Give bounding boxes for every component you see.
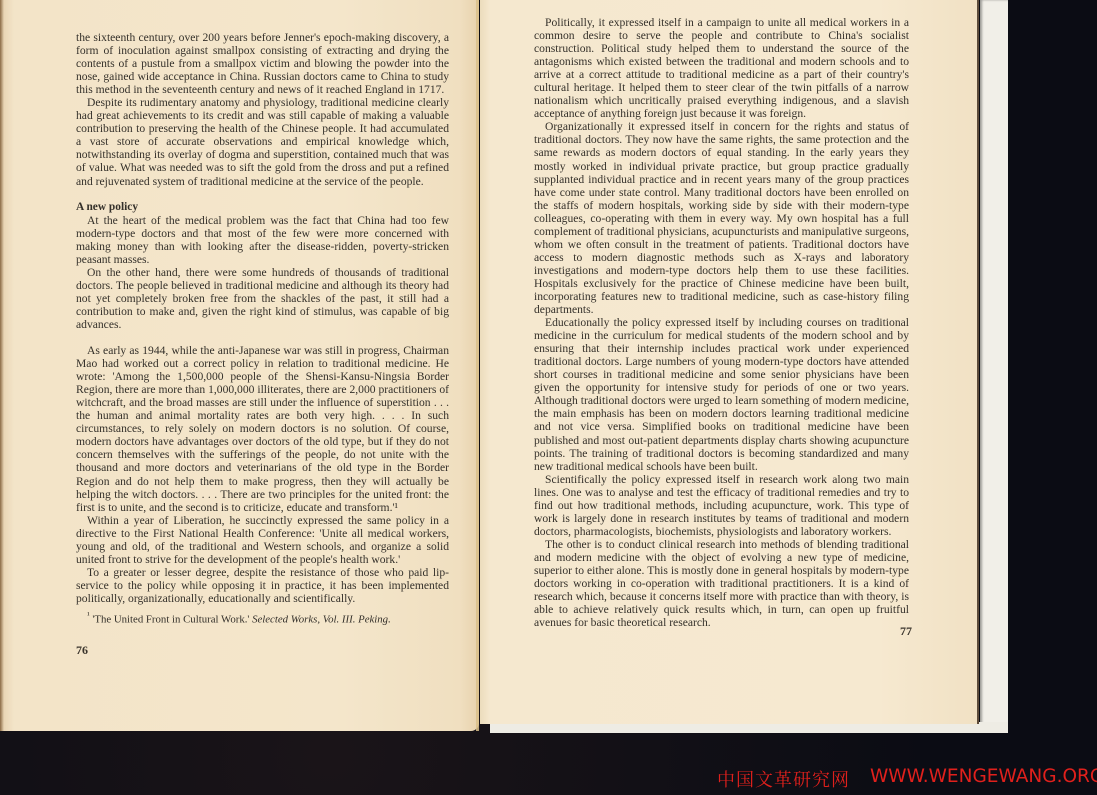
section-heading: A new policy (76, 201, 449, 214)
footnote: ¹ 'The United Front in Cultural Work.' S… (76, 609, 449, 627)
paragraph: At the heart of the medical problem was … (76, 214, 449, 266)
footnote-text: 'The United Front in Cultural Work.' (90, 614, 252, 626)
paragraph: Scientifically the policy expressed itse… (534, 473, 909, 538)
paragraph: To a greater or lesser degree, despite t… (76, 566, 449, 605)
page-number-right: 77 (900, 624, 912, 639)
paragraph: The other is to conduct clinical researc… (534, 538, 909, 629)
paragraph: Politically, it expressed itself in a ca… (534, 16, 909, 120)
paragraph: Within a year of Liberation, he succinct… (76, 514, 449, 566)
paragraph: the sixteenth century, over 200 years be… (76, 31, 449, 96)
paragraph: On the other hand, there were some hundr… (76, 266, 449, 331)
right-page-text: Politically, it expressed itself in a ca… (534, 16, 909, 629)
book-gutter (476, 0, 479, 731)
paragraph: As early as 1944, while the anti-Japanes… (76, 344, 449, 514)
paragraph: Organizationally it expressed itself in … (534, 120, 909, 316)
paragraph: Educationally the policy expressed itsel… (534, 316, 909, 473)
watermark-chinese: 中国文革研究网 (717, 766, 850, 792)
watermark-url: WWW.WENGEWANG.ORG (870, 766, 1097, 787)
underlying-sheet-edge (980, 0, 1008, 733)
paragraph: Despite its rudimentary anatomy and phys… (76, 96, 449, 187)
page-number-left: 76 (76, 643, 88, 658)
left-page-text: the sixteenth century, over 200 years be… (76, 31, 449, 627)
footnote-citation: Selected Works, Vol. III. Peking. (252, 614, 391, 626)
